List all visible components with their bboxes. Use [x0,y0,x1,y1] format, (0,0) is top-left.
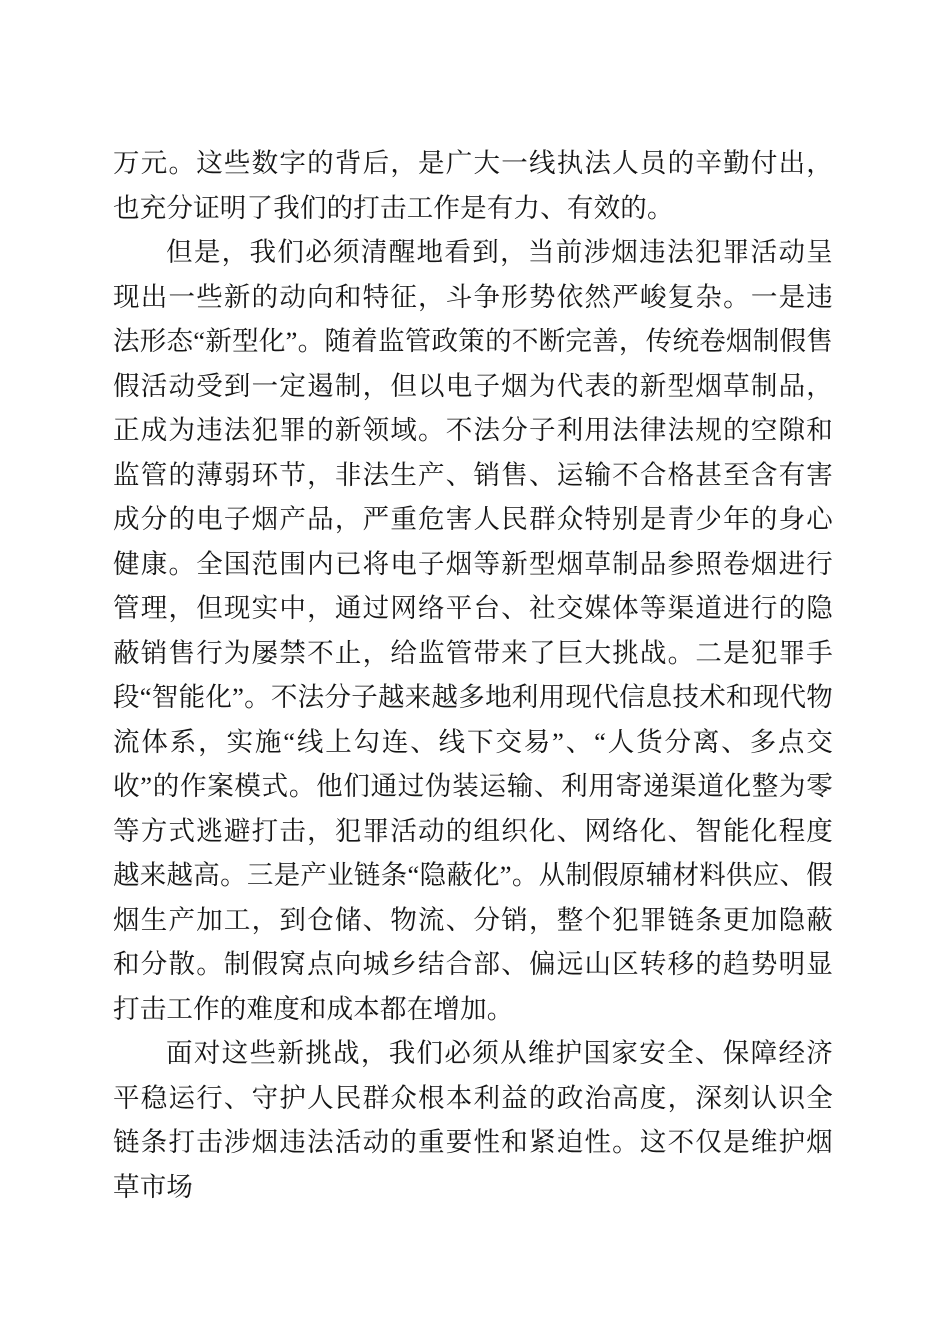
document-page: 万元。这些数字的背后，是广大一线执法人员的辛勤付出，也充分证明了我们的打击工作是… [0,0,950,1344]
paragraph-continuation: 万元。这些数字的背后，是广大一线执法人员的辛勤付出，也充分证明了我们的打击工作是… [113,141,833,230]
paragraph-facing-challenges: 面对这些新挑战，我们必须从维护国家安全、保障经济平稳运行、守护人民群众根本利益的… [113,1031,833,1209]
document-text-area: 万元。这些数字的背后，是广大一线执法人员的辛勤付出，也充分证明了我们的打击工作是… [113,141,833,1209]
paragraph-new-trends: 但是，我们必须清醒地看到，当前涉烟违法犯罪活动呈现出一些新的动向和特征，斗争形势… [113,230,833,1031]
